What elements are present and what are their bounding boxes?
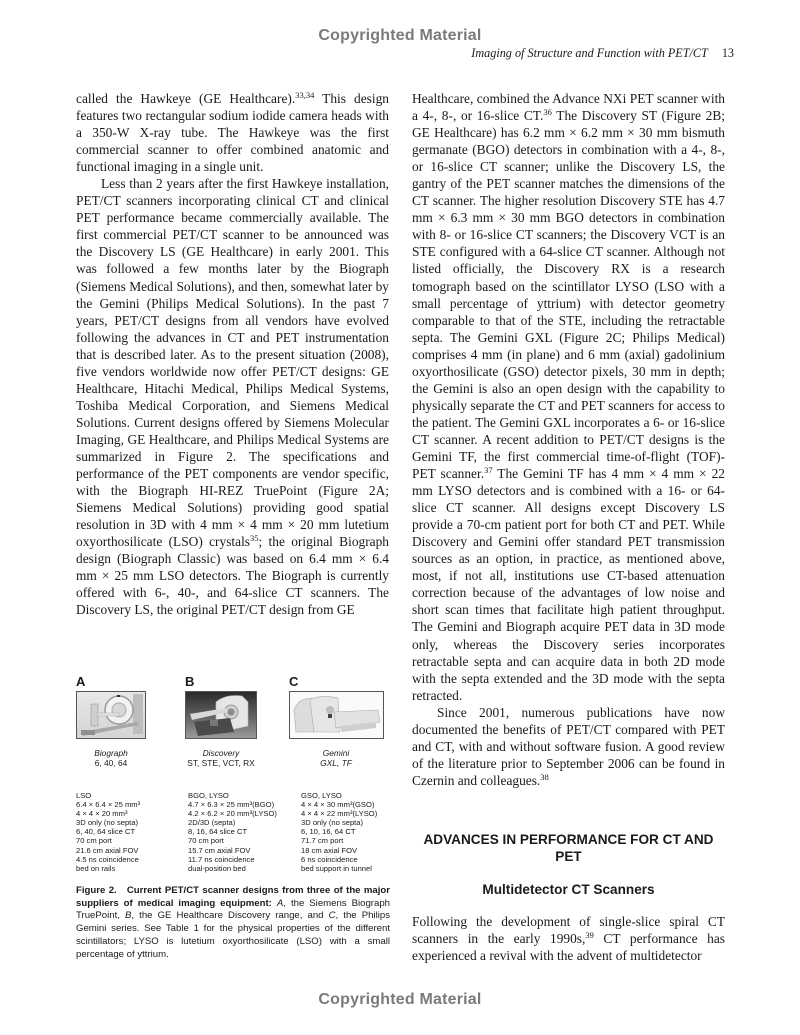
watermark-bottom: Copyrighted Material (0, 991, 800, 1009)
citation: 39 (585, 930, 594, 940)
watermark-top: Copyrighted Material (0, 27, 800, 45)
spec-line: 4.5 ns coincidence (76, 855, 140, 864)
text: , the GE Healthcare Discovery range, and (131, 910, 328, 921)
spec-line: 6.4 × 6.4 × 25 mm³ (76, 800, 140, 809)
spec-line: 4 × 4 × 30 mm³(GSO) (301, 800, 377, 809)
figure-label: Figure 2. (76, 885, 117, 896)
figure-panel-c: C Gemini GXL, TF (289, 675, 384, 739)
page-number: 13 (722, 46, 734, 60)
subsection-heading: Multidetector CT Scanners (412, 881, 725, 898)
spec-line: BGO, LYSO (188, 791, 277, 800)
spec-line: LSO (76, 791, 140, 800)
spec-line: 6, 40, 64 slice CT (76, 827, 140, 836)
spec-line: 8, 16, 64 slice CT (188, 827, 277, 836)
specs-discovery: BGO, LYSO 4.7 × 6.3 × 25 mm³(BGO) 4.2 × … (188, 791, 277, 873)
text: called the Hawkeye (GE Healthcare). (76, 91, 295, 106)
spec-line: 18 cm axial FOV (301, 846, 377, 855)
spec-line: bed on rails (76, 864, 140, 873)
citation: 36 (543, 107, 552, 117)
left-column: called the Hawkeye (GE Healthcare).33,34… (76, 90, 389, 618)
spec-line: 6, 10, 16, 64 CT (301, 827, 377, 836)
panel-letter: B (185, 675, 257, 688)
spec-line: 70 cm port (76, 836, 140, 845)
scanner-name: Gemini (291, 748, 381, 758)
text: Less than 2 years after the first Hawkey… (76, 176, 389, 549)
text: C (329, 910, 336, 921)
spec-line: 4.2 × 6.2 × 20 mm³(LYSO) (188, 809, 277, 818)
figure-caption: Figure 2. Current PET/CT scanner designs… (76, 885, 390, 961)
scanner-name: Biograph (66, 748, 156, 758)
spec-line: 4 × 4 × 20 mm³ (76, 809, 140, 818)
panel-caption: Biograph 6, 40, 64 (66, 748, 156, 768)
spec-line: 6 ns coincidence (301, 855, 377, 864)
spec-line: 11.7 ns coincidence (188, 855, 277, 864)
spec-line: GSO, LYSO (301, 791, 377, 800)
text: Since 2001, numerous publications have n… (412, 705, 725, 788)
gemini-scanner-image (289, 691, 384, 739)
paragraph: Since 2001, numerous publications have n… (412, 704, 725, 789)
spec-line: 4 × 4 × 22 mm³(LYSO) (301, 809, 377, 818)
spec-line: dual-position bed (188, 864, 277, 873)
text: The Discovery ST (Figure 2B; GE Healthca… (412, 108, 725, 481)
panel-letter: A (76, 675, 146, 688)
spec-line: 3D only (no septa) (76, 818, 140, 827)
text: The Gemini TF has 4 mm × 4 mm × 22 mm LY… (412, 466, 725, 703)
discovery-scanner-image (185, 691, 257, 739)
panel-letter: C (289, 675, 384, 688)
citation: 33,34 (295, 90, 314, 100)
citation: 37 (484, 465, 493, 475)
right-column: Healthcare, combined the Advance NXi PET… (412, 90, 725, 789)
spec-line: 4.7 × 6.3 × 25 mm³(BGO) (188, 800, 277, 809)
citation: 38 (540, 772, 549, 782)
scanner-models: 6, 40, 64 (66, 758, 156, 768)
spec-line: 15.7 cm axial FOV (188, 846, 277, 855)
spec-line: 21.6 cm axial FOV (76, 846, 140, 855)
panel-caption: Gemini GXL, TF (291, 748, 381, 768)
spec-line: bed support in tunnel (301, 864, 377, 873)
right-column-continued: Following the development of single-slic… (412, 913, 725, 964)
paragraph: Healthcare, combined the Advance NXi PET… (412, 90, 725, 704)
figure-panel-a: A Biograph 6, 40, 64 (76, 675, 146, 739)
scanner-models: ST, STE, VCT, RX (176, 758, 266, 768)
panel-caption: Discovery ST, STE, VCT, RX (176, 748, 266, 768)
spec-line: 71.7 cm port (301, 836, 377, 845)
spec-line: 2D/3D (septa) (188, 818, 277, 827)
specs-biograph: LSO 6.4 × 6.4 × 25 mm³ 4 × 4 × 20 mm³ 3D… (76, 791, 140, 873)
specs-gemini: GSO, LYSO 4 × 4 × 30 mm³(GSO) 4 × 4 × 22… (301, 791, 377, 873)
citation: 35 (250, 533, 259, 543)
running-head: Imaging of Structure and Function with P… (471, 46, 734, 61)
running-head-title: Imaging of Structure and Function with P… (471, 46, 708, 60)
spec-line: 3D only (no septa) (301, 818, 377, 827)
spec-line: 70 cm port (188, 836, 277, 845)
biograph-scanner-image (76, 691, 146, 739)
paragraph: Less than 2 years after the first Hawkey… (76, 175, 389, 618)
scanner-models: GXL, TF (291, 758, 381, 768)
figure-panel-b: B Discovery ST, STE, VCT, RX (185, 675, 257, 739)
section-heading: ADVANCES IN PERFORMANCE FOR CT AND PET (412, 831, 725, 865)
paragraph: Following the development of single-slic… (412, 913, 725, 964)
scanner-name: Discovery (176, 748, 266, 758)
paragraph: called the Hawkeye (GE Healthcare).33,34… (76, 90, 389, 175)
